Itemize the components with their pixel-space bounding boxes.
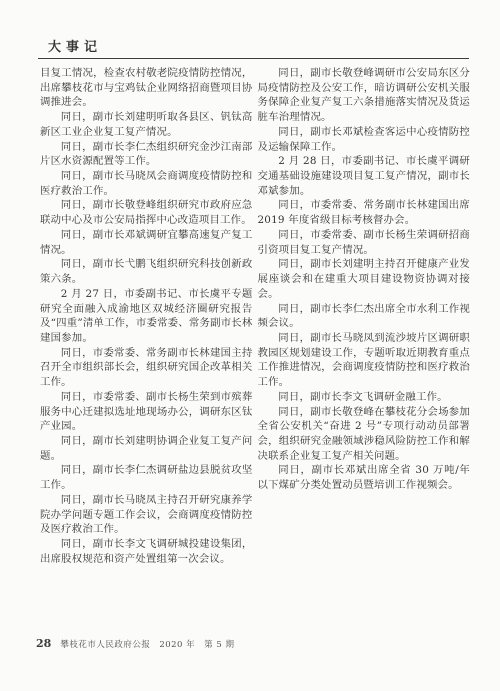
event-paragraph: 同日，副市长弋鹏飞组织研究科技创新政策六条。 — [40, 257, 253, 286]
event-paragraph: 同日，市委常委、副市长杨生荣到市殡葬服务中心迁建拟选址地现场办公，调研东区钛产业… — [40, 390, 253, 434]
event-paragraph: 同日，副市长李仁杰调研盐边县脱贫攻坚工作。 — [40, 463, 253, 492]
event-paragraph: 目复工情况，检查农村敬老院疫情防控情况，出席攀枝花市与宝鸡钛企业网络招商暨项目协… — [40, 66, 253, 110]
event-paragraph: 同日，市委常委、常务副市长林建国主持召开全市组织部长会，组织研究国企改革相关工作… — [40, 346, 253, 390]
event-paragraph: 同日，副市长敬登峰调研市公安局东区分局疫情防控及公安工作，暗访调研公安机关服务保… — [258, 66, 471, 125]
event-paragraph: 同日，副市长李仁杰出席全市水利工作视频会议。 — [258, 302, 471, 331]
publication-year: 2020 年 — [159, 638, 195, 650]
event-paragraph: 同日，副市长邓斌出席全省 30 万吨/年以下煤矿分类处置动员暨培训工作视频会。 — [258, 463, 471, 492]
publication-title: 攀枝花市人民政府公报 — [60, 638, 150, 650]
left-column: 目复工情况，检查农村敬老院疫情防控情况，出席攀枝花市与宝鸡钛企业网络招商暨项目协… — [40, 66, 253, 566]
event-paragraph: 同日，副市长刘建明协调企业复工复产问题。 — [40, 434, 253, 463]
right-column: 同日，副市长敬登峰调研市公安局东区分局疫情防控及公安工作，暗访调研公安机关服务保… — [258, 66, 471, 566]
content-columns: 目复工情况，检查农村敬老院疫情防控情况，出席攀枝花市与宝鸡钛企业网络招商暨项目协… — [40, 66, 470, 566]
publication-issue: 第 5 期 — [204, 638, 234, 650]
event-paragraph: 同日，副市长李文飞调研金融工作。 — [258, 390, 471, 405]
event-paragraph: 同日，市委常委、常务副市长林建国出席 2019 年度省级目标考核督办会。 — [258, 198, 471, 227]
event-paragraph: 2 月 28 日，市委副书记、市长虞平调研交通基础设施建设项目复工复产情况，副市… — [258, 154, 471, 198]
page-footer: 28 攀枝花市人民政府公报 2020 年 第 5 期 — [36, 637, 234, 650]
event-paragraph: 同日，副市长邓斌调研宜攀高速复产复工情况。 — [40, 228, 253, 257]
event-paragraph: 同日，副市长刘建明主持召开健康产业发展座谈会和在建重大项目建设物资协调对接会。 — [258, 257, 471, 301]
event-paragraph: 同日，副市长敬登峰在攀枝花分会场参加全省公安机关“奋进 2 号”专项行动动员部署… — [258, 405, 471, 464]
event-paragraph: 同日，副市长马晓凤会商调度疫情防控和医疗救治工作。 — [40, 169, 253, 198]
event-paragraph: 同日，副市长李仁杰组织研究金沙江南部片区水资源配置等工作。 — [40, 140, 253, 169]
section-title: 大事记 — [48, 36, 102, 55]
event-paragraph: 2 月 27 日，市委副书记、市长虞平专题研究全面融入成渝地区双城经济圈研究报告… — [40, 287, 253, 346]
event-paragraph: 同日，副市长邓斌检查客运中心疫情防控及运输保障工作。 — [258, 125, 471, 154]
section-header: 大事记 — [38, 36, 469, 59]
event-paragraph: 同日，市委常委、副市长杨生荣调研招商引资项目复工复产情况。 — [258, 228, 471, 257]
page-number: 28 — [36, 637, 51, 650]
event-paragraph: 同日，副市长刘建明听取各县区、钒钛高新区工业企业复工复产情况。 — [40, 110, 253, 139]
event-paragraph: 同日，副市长马晓凤主持召开研究康养学院办学问题专题工作会议，会商调度疫情防控及医… — [40, 493, 253, 537]
event-paragraph: 同日，副市长李文飞调研城投建设集团，出席股权规范和资产处置组第一次会议。 — [40, 537, 253, 566]
gazette-page: 大事记 目复工情况，检查农村敬老院疫情防控情况，出席攀枝花市与宝鸡钛企业网络招商… — [0, 0, 500, 691]
event-paragraph: 同日，副市长敬登峰组织研究市政府应急联动中心及市公安局指挥中心改造项目工作。 — [40, 198, 253, 227]
event-paragraph: 同日，副市长马晓凤到流沙坡片区调研职教园区规划建设工作，专题听取近期教育重点工作… — [258, 331, 471, 390]
